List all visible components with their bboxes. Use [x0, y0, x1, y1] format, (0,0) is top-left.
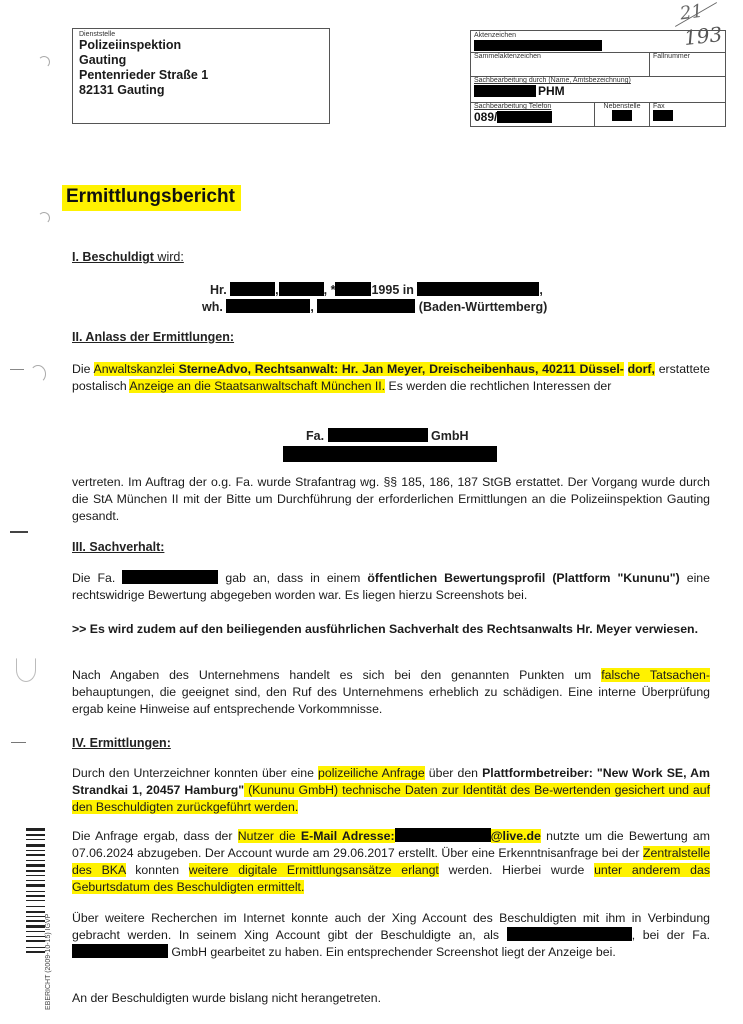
paragraph-email: Die Anfrage ergab, dass der Nutzer die E…	[72, 828, 710, 896]
highlight: Nutzer die	[238, 829, 301, 843]
comma: ,	[539, 283, 542, 297]
accused-firstname-redaction	[279, 282, 324, 296]
accused-surname-redaction	[230, 282, 275, 296]
highlight-bold: SterneAdvo, Rechtsanwalt: Hr. Jan Meyer,…	[179, 362, 624, 376]
dienststelle-label: Dienststelle	[79, 31, 323, 38]
barcode-bar	[26, 951, 45, 953]
sammelaktenzeichen-label: Sammelaktenzeichen	[474, 53, 646, 60]
barcode-bar	[26, 884, 45, 887]
section-heading-1-bold: I. Beschuldigt	[72, 250, 154, 264]
barcode-bar	[26, 880, 45, 881]
paragraph-closing: An der Beschuldigten wurde bislang nicht…	[72, 990, 710, 1007]
dienststelle-line: Polizeiinspektion	[79, 38, 323, 53]
sachbearbeitung-row: Sachbearbeitung durch (Name, Amtsbezeich…	[471, 76, 725, 103]
text: GmbH gearbeitet zu haben. Ein entspreche…	[168, 945, 616, 959]
barcode-bar	[26, 860, 45, 861]
barcode-bar	[26, 875, 45, 876]
barcode	[26, 828, 45, 1018]
text: , bei der Fa.	[632, 928, 710, 942]
accused-street-redaction	[317, 299, 415, 313]
highlight-bold: @live.de	[491, 829, 541, 843]
hole-punch-mark	[30, 365, 46, 383]
sammelaktenzeichen-row: Sammelaktenzeichen Fallnummer	[471, 52, 725, 77]
birth-year: 1995 in	[371, 283, 413, 297]
dienststelle-line: Pentenrieder Straße 1	[79, 68, 323, 83]
barcode-bar	[26, 870, 45, 872]
nebenstelle-redaction	[612, 110, 632, 121]
barcode-bar	[26, 920, 45, 922]
fold-mark	[10, 531, 28, 533]
form-id-label: EBERICHT (2009-10-15) IGVP	[45, 914, 52, 1010]
fallnummer-label: Fallnummer	[653, 53, 722, 60]
barcode-bar	[26, 906, 45, 907]
residence-prefix: wh.	[202, 300, 223, 314]
telefon-label: Sachbearbeitung Telefon	[474, 103, 591, 110]
dienststelle-line: Gauting	[79, 53, 323, 68]
dienststelle-box: Dienststelle Polizeiinspektion Gauting P…	[72, 28, 330, 124]
accused-line-2: wh. , (Baden-Württemberg)	[202, 299, 547, 316]
paragraph-sachverhalt: Die Fa. gab an, dass in einem öffentlich…	[72, 570, 710, 604]
fold-mark	[11, 742, 26, 743]
aktenzeichen-row: Aktenzeichen	[471, 31, 725, 53]
email-redaction	[395, 828, 491, 842]
dienststelle-line: 82131 Gauting	[79, 83, 323, 98]
hole-punch-mark	[38, 212, 50, 224]
barcode-bar	[26, 947, 45, 948]
hole-punch-mark	[16, 658, 36, 682]
sachbearbeitung-label: Sachbearbeitung durch (Name, Amtsbezeich…	[474, 77, 722, 84]
accused-birthplace-redaction	[417, 282, 539, 296]
barcode-bar	[26, 900, 45, 901]
telefon-prefix: 089/	[474, 110, 497, 124]
aktenzeichen-label: Aktenzeichen	[474, 32, 722, 39]
officer-name-redaction	[474, 85, 536, 97]
text: Es werden die rechtlichen Interessen der	[385, 379, 611, 393]
company-suffix: GmbH	[431, 429, 469, 443]
section-heading-3: III. Sachverhalt:	[72, 540, 164, 554]
fold-mark	[10, 369, 24, 370]
case-form-box: Aktenzeichen Sammelaktenzeichen Fallnumm…	[470, 30, 726, 127]
text: Durch den Unterzeichner konnten über ein…	[72, 766, 318, 780]
company-name-redaction	[122, 570, 218, 584]
barcode-bar	[26, 834, 45, 836]
section-heading-1: I. Beschuldigt wird:	[72, 250, 184, 264]
text: Nach Angaben des Unternehmens handelt es…	[72, 668, 601, 682]
birth-star: , *	[324, 283, 336, 297]
paragraph-xing: Über weitere Recherchen im Internet konn…	[72, 910, 710, 961]
barcode-bar	[26, 936, 45, 937]
highlight: Anwaltskanzlei	[94, 362, 179, 376]
accused-city-redaction	[226, 299, 310, 313]
fax-redaction	[653, 110, 673, 121]
section-heading-1-light: wird:	[154, 250, 184, 264]
hole-punch-mark	[38, 56, 50, 68]
bold-text: öffentlichen Bewertungsprofil (Plattform…	[367, 571, 679, 585]
barcode-bar	[26, 916, 45, 917]
paragraph-strafantrag: vertreten. Im Auftrag der o.g. Fa. wurde…	[72, 474, 710, 525]
barcode-bar	[26, 844, 45, 847]
officer-rank: PHM	[538, 84, 565, 98]
paragraph-tatsachen: Nach Angaben des Unternehmens handelt es…	[72, 667, 710, 718]
page-title: Ermittlungsbericht	[62, 185, 241, 211]
paragraph-anfrage: Durch den Unterzeichner konnten über ein…	[72, 765, 710, 816]
paragraph-verweis: >> Es wird zudem auf den beiliegenden au…	[72, 621, 710, 638]
section-heading-4: IV. Ermittlungen:	[72, 736, 171, 750]
company-line: Fa. GmbH	[306, 428, 469, 445]
highlight-bold: dorf,	[628, 362, 655, 376]
paragraph-anlass: Die Anwaltskanzlei SterneAdvo, Rechtsanw…	[72, 361, 710, 395]
text: konnten	[126, 863, 189, 877]
section-heading-2: II. Anlass der Ermittlungen:	[72, 330, 234, 344]
barcode-bar	[26, 925, 45, 928]
barcode-bar	[26, 864, 45, 867]
highlight: Anzeige an die Staatsanwaltschaft Münche…	[129, 379, 385, 393]
text: werden. Hierbei wurde	[439, 863, 594, 877]
barcode-bar	[26, 931, 45, 932]
company-name-redaction	[72, 944, 168, 958]
fax-label: Fax	[653, 103, 722, 110]
barcode-bar	[26, 940, 45, 942]
company-name-redaction	[328, 428, 428, 442]
accused-birthdate-redaction	[335, 282, 371, 296]
barcode-bar	[26, 895, 45, 897]
accused-title: Hr.	[210, 283, 227, 297]
barcode-bar	[26, 854, 45, 856]
telefon-row: Sachbearbeitung Telefon 089/ Nebenstelle…	[471, 102, 725, 127]
accused-line-1: Hr. ,, *1995 in ,	[210, 282, 543, 299]
comma: ,	[310, 300, 313, 314]
text: behauptungen, die geeignet sind, den Ruf…	[72, 685, 710, 716]
text: über den	[425, 766, 482, 780]
aktenzeichen-redaction	[474, 40, 602, 51]
highlight: falsche Tatsachen-	[601, 668, 710, 682]
highlight: weitere digitale Ermittlungsansätze erla…	[189, 863, 439, 877]
nebenstelle-label: Nebenstelle	[598, 103, 646, 110]
barcode-bar	[26, 850, 45, 851]
job-title-redaction	[507, 927, 632, 941]
barcode-bar	[26, 891, 45, 892]
barcode-bar	[26, 828, 45, 831]
barcode-bar	[26, 911, 45, 913]
text: Die Fa.	[72, 571, 122, 585]
highlight-bold: E-Mail Adresse:	[301, 829, 395, 843]
highlight: polizeiliche Anfrage	[318, 766, 425, 780]
telefon-redaction	[497, 111, 552, 123]
company-prefix: Fa.	[306, 429, 324, 443]
text: Die	[72, 362, 94, 376]
accused-region: (Baden-Württemberg)	[419, 300, 547, 314]
barcode-bar	[26, 839, 45, 840]
text: gab an, dass in einem	[218, 571, 367, 585]
company-address-redaction	[283, 446, 497, 462]
text: Die Anfrage ergab, dass der	[72, 829, 238, 843]
